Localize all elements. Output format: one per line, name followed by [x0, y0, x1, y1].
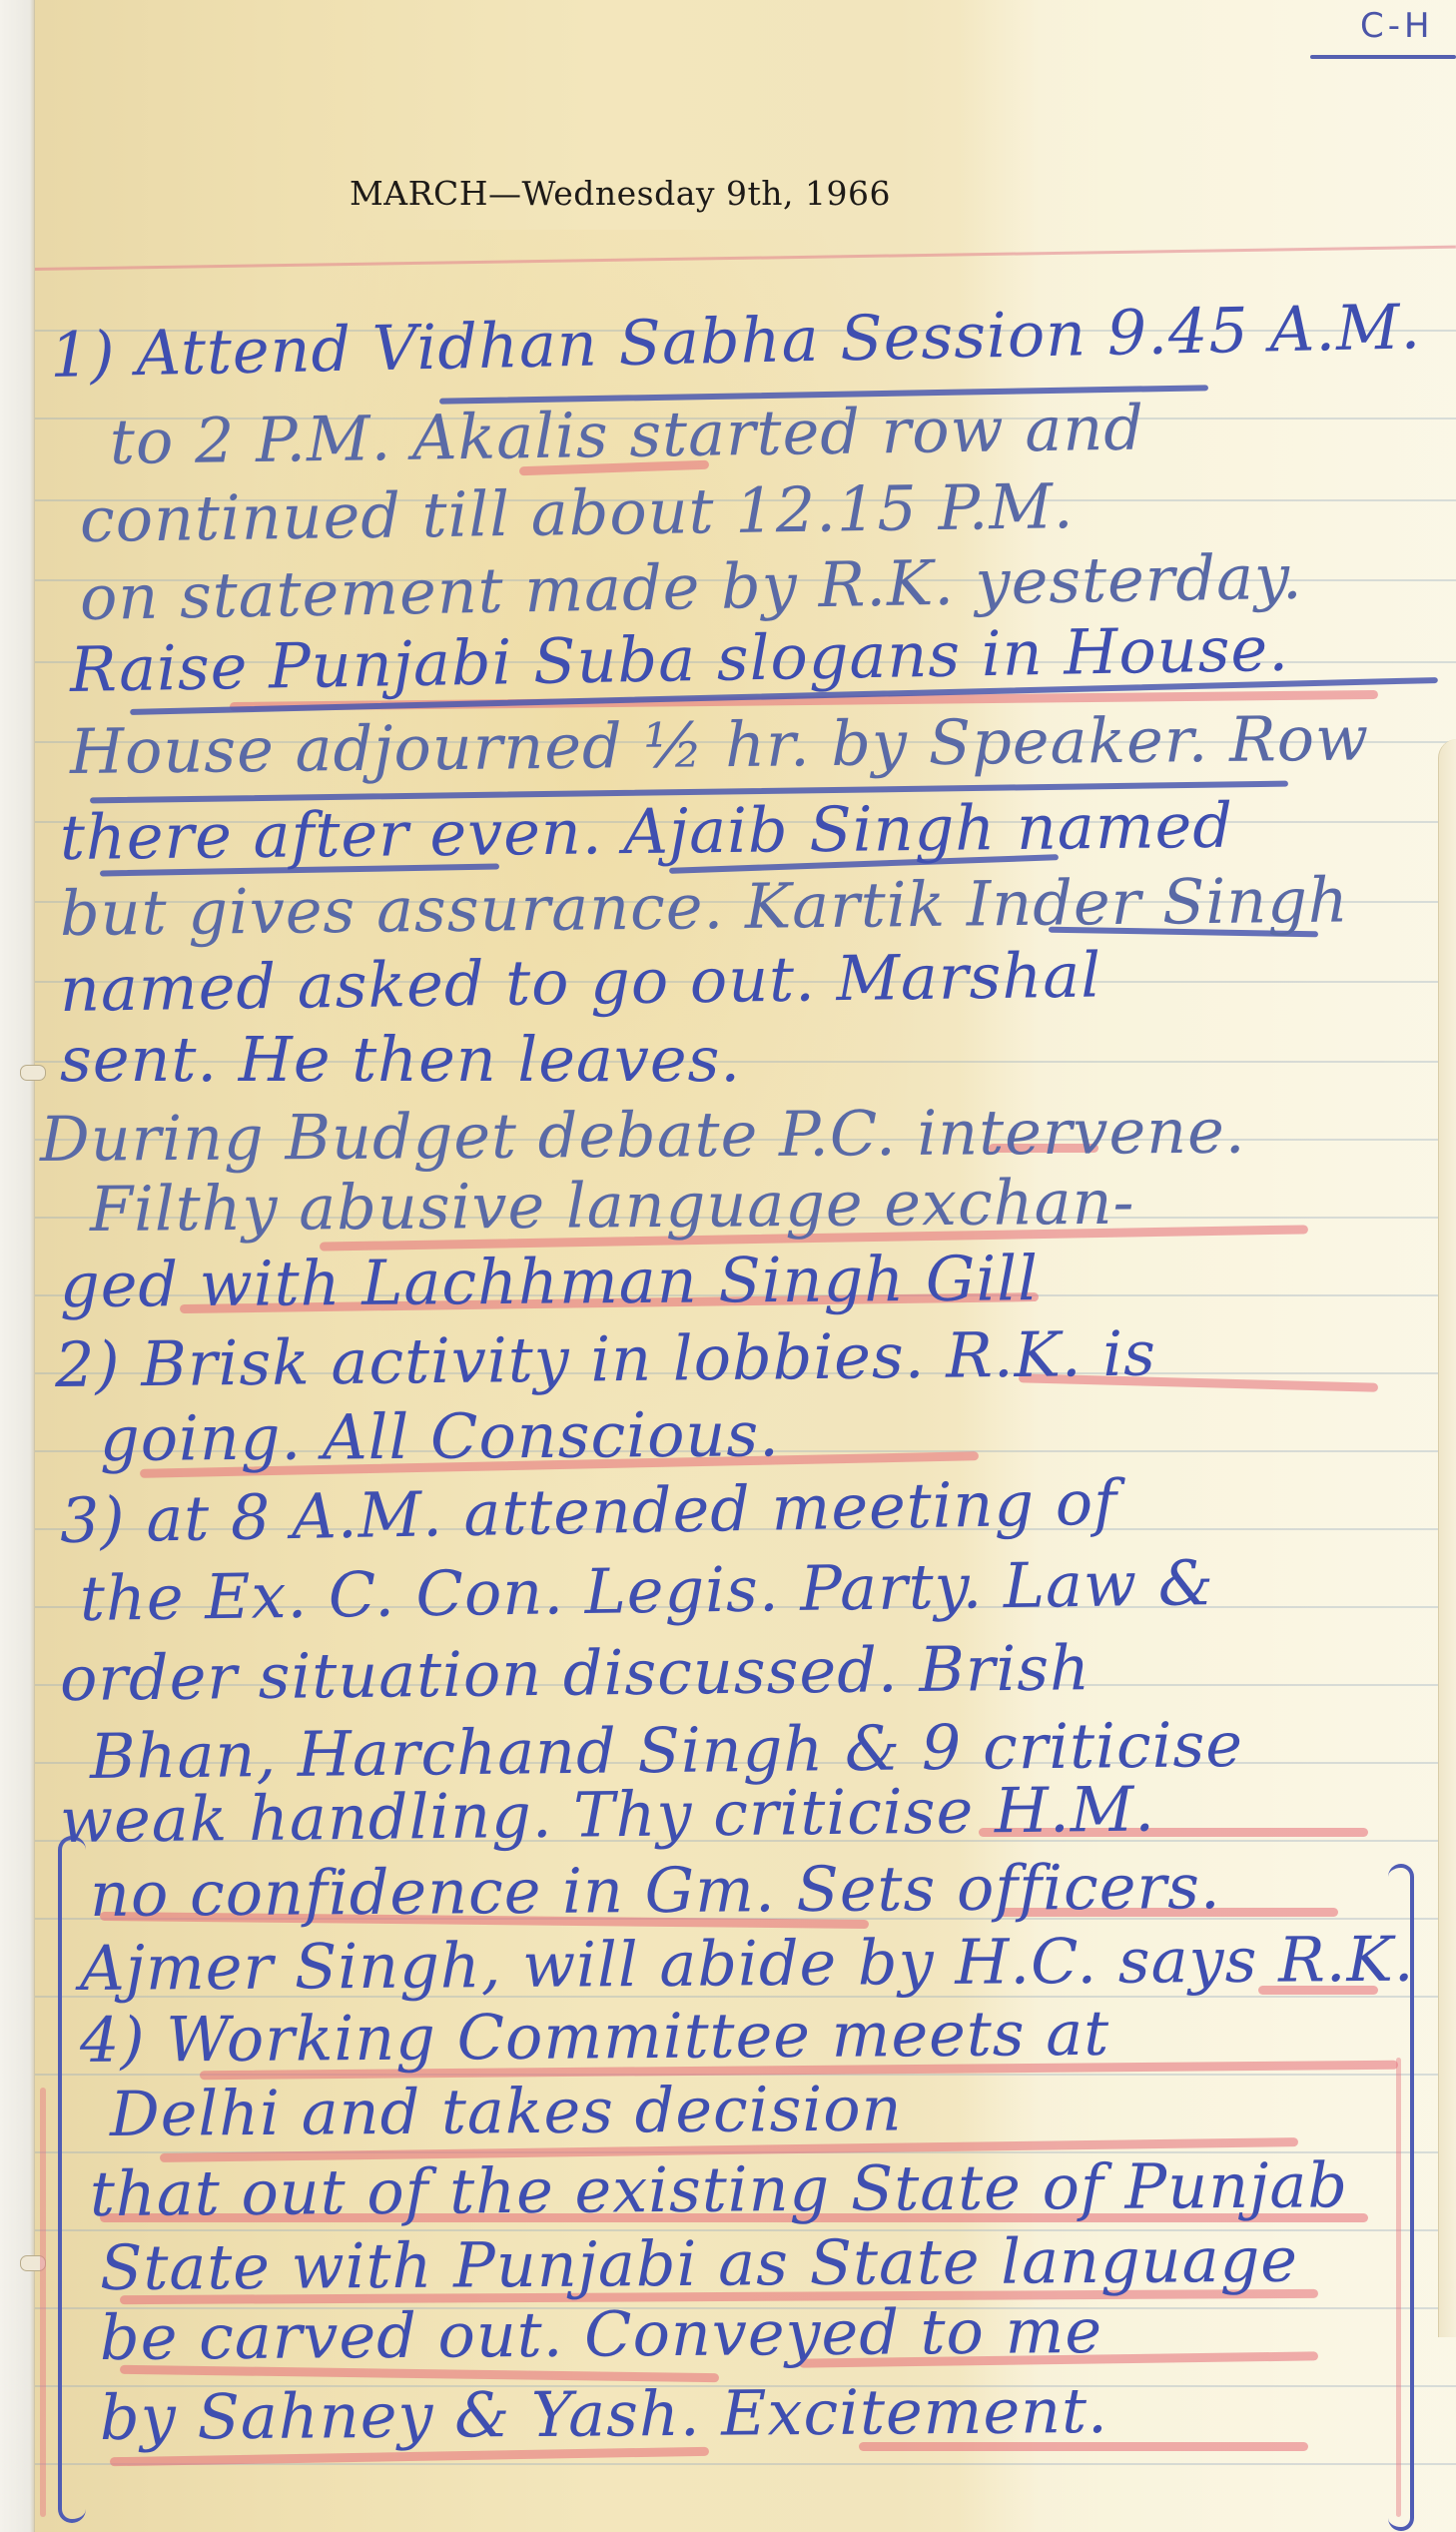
red-margin-mark: [1396, 2058, 1401, 2517]
entry-line: State with Punjabi as State language: [100, 2229, 1298, 2299]
entry-line: During Budget debate P.C. intervene.: [40, 1101, 1246, 1171]
entry-line: weak handling. Thy criticise H.M.: [60, 1779, 1155, 1852]
entry-line: order situation discussed. Brish: [60, 1637, 1092, 1710]
entry-line: 1) Attend Vidhan Sabha Session 9.45 A.M.: [49, 296, 1421, 387]
entry-line: Filthy abusive language exchan-: [90, 1172, 1135, 1241]
entry-line: sent. He then leaves.: [60, 1029, 741, 1091]
entry-line: Delhi and takes decision: [110, 2078, 903, 2145]
entry-line: that out of the existing State of Punjab: [90, 2154, 1348, 2225]
entry-line: 4) Working Committee meets at: [80, 2003, 1110, 2072]
entry-line: the Ex. C. Con. Legis. Party. Law &: [80, 1552, 1215, 1630]
entry-line: by Sahney & Yash. Excitement.: [100, 2380, 1108, 2449]
diary-page: C-H MARCH—Wednesday 9th, 1966: [0, 0, 1456, 2532]
entry-line: House adjourned ½ hr. by Speaker. Row: [70, 707, 1370, 783]
entry-line: to 2 P.M. Akalis started row and: [110, 398, 1145, 473]
red-margin-mark: [40, 2088, 46, 2517]
entry-line: named asked to go out. Marshal: [60, 944, 1102, 1021]
entry-line: continued till about 12.15 P.M.: [80, 475, 1075, 551]
entry-line: ged with Lachhman Singh Gill: [60, 1248, 1039, 1316]
entry-line: 2) Brisk activity in lobbies. R.K. is: [55, 1322, 1157, 1396]
entry-line: 3) at 8 A.M. attended meeting of: [59, 1472, 1117, 1552]
entry-line: there after even. Ajaib Singh named: [60, 795, 1234, 869]
entry-line: Ajmer Singh, will abide by H.C. says R.K…: [80, 1929, 1415, 2000]
entry-line: no confidence in Gm. Sets officers.: [90, 1856, 1221, 1926]
entry-line: going. All Conscious.: [100, 1403, 780, 1470]
diary-entry: 1) Attend Vidhan Sabha Session 9.45 A.M.…: [0, 0, 1456, 2532]
entry-line: be carved out. Conveyed to me: [100, 2300, 1102, 2369]
entry-line: but gives assurance. Kartik Inder Singh: [60, 869, 1349, 945]
